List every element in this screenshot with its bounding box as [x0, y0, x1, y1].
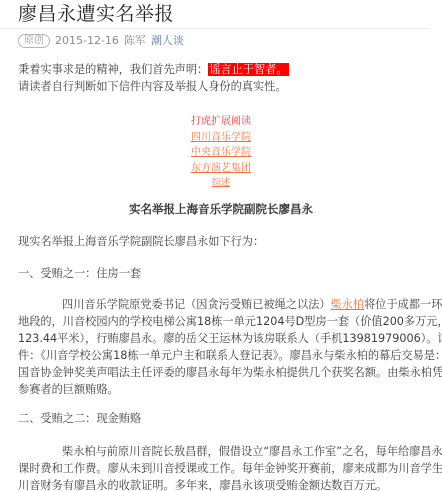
- section-1-line-6: 参赛者的巨额贿赂。: [18, 382, 430, 399]
- intro-paragraph: 现实名举报上海音乐学院副院长廖昌永如下行为：: [18, 234, 430, 251]
- author-name: 陈军: [124, 34, 146, 48]
- highlight-text: 谣言止于智者。: [208, 63, 288, 76]
- related-links: 打虎扩展阅读 四川音乐学院 中央音乐学院 东方演艺集团 综述: [0, 114, 442, 192]
- related-link-summary[interactable]: 综述: [212, 176, 230, 191]
- section-2-line-1: 柴永柏与前原川音院长敖昌群，假借设立“廖昌永工作室”之名，每年给廖昌永几十万元: [18, 444, 430, 461]
- article-title: 廖昌永遭实名举报: [18, 3, 174, 25]
- section-1-line-3: 123.44平米），行贿廖昌永。廖的岳父王运林为该房联系人（手机13981979…: [18, 331, 430, 348]
- account-link[interactable]: 潮人谈: [151, 34, 184, 48]
- section-2-heading: 二、受贿之二：现金贿赂: [18, 411, 430, 428]
- section-2-line-2: 课时费和工作费。廖从未到川音授课或工作。每年金钟奖开赛前，廖来成都为川音学生漏题…: [18, 461, 430, 478]
- original-badge: 原创: [18, 34, 50, 48]
- related-link-oriental-group[interactable]: 东方演艺集团: [191, 161, 251, 176]
- related-heading: 打虎扩展阅读: [191, 114, 251, 129]
- section-1-line-5: 国音协金钟奖美声唱法主任评委的廖昌永每年为柴永柏提供几个获奖名额。由柴永柏凭此收…: [18, 365, 430, 382]
- section-1-line-1: 四川音乐学院原党委书记（因贪污受贿已被绳之以法）柴永柏将位于成都一环内黄金学区: [18, 297, 430, 314]
- section-1-line-2: 地段的，川音校园内的学校电梯公寓18栋一单元1204号D型房一套（价值200多万…: [18, 314, 430, 331]
- article-meta: 原创 2015-12-16 陈军 潮人谈: [18, 33, 184, 49]
- section-2-line-3: 川音财务有廖昌永的收款证明。多年来，廖昌永该项受贿金额达数百万元。: [18, 478, 430, 491]
- section-1-line-4: 件：《川音学校公寓18栋一单元户主和联系人登记表》。廖昌永与柴永柏的幕后交易是：…: [18, 348, 430, 365]
- related-link-central-conservatory[interactable]: 中央音乐学院: [191, 145, 251, 160]
- title-divider: [0, 28, 430, 29]
- letter-title: 实名举报上海音乐学院副院长廖昌永: [0, 201, 442, 217]
- disclaimer-line-1: 秉着实事求是的精神，我们首先声明：谣言止于智者。: [18, 62, 430, 79]
- person-link-chai-yongbai[interactable]: 柴永柏: [331, 298, 365, 311]
- disclaimer-line-2: 请读者自行判断如下信件内容及举报人身份的真实性。: [18, 79, 430, 96]
- publish-date: 2015-12-16: [55, 34, 119, 48]
- related-link-sichuan-conservatory[interactable]: 四川音乐学院: [191, 130, 251, 145]
- section-1-heading: 一、受贿之一：住房一套: [18, 266, 430, 283]
